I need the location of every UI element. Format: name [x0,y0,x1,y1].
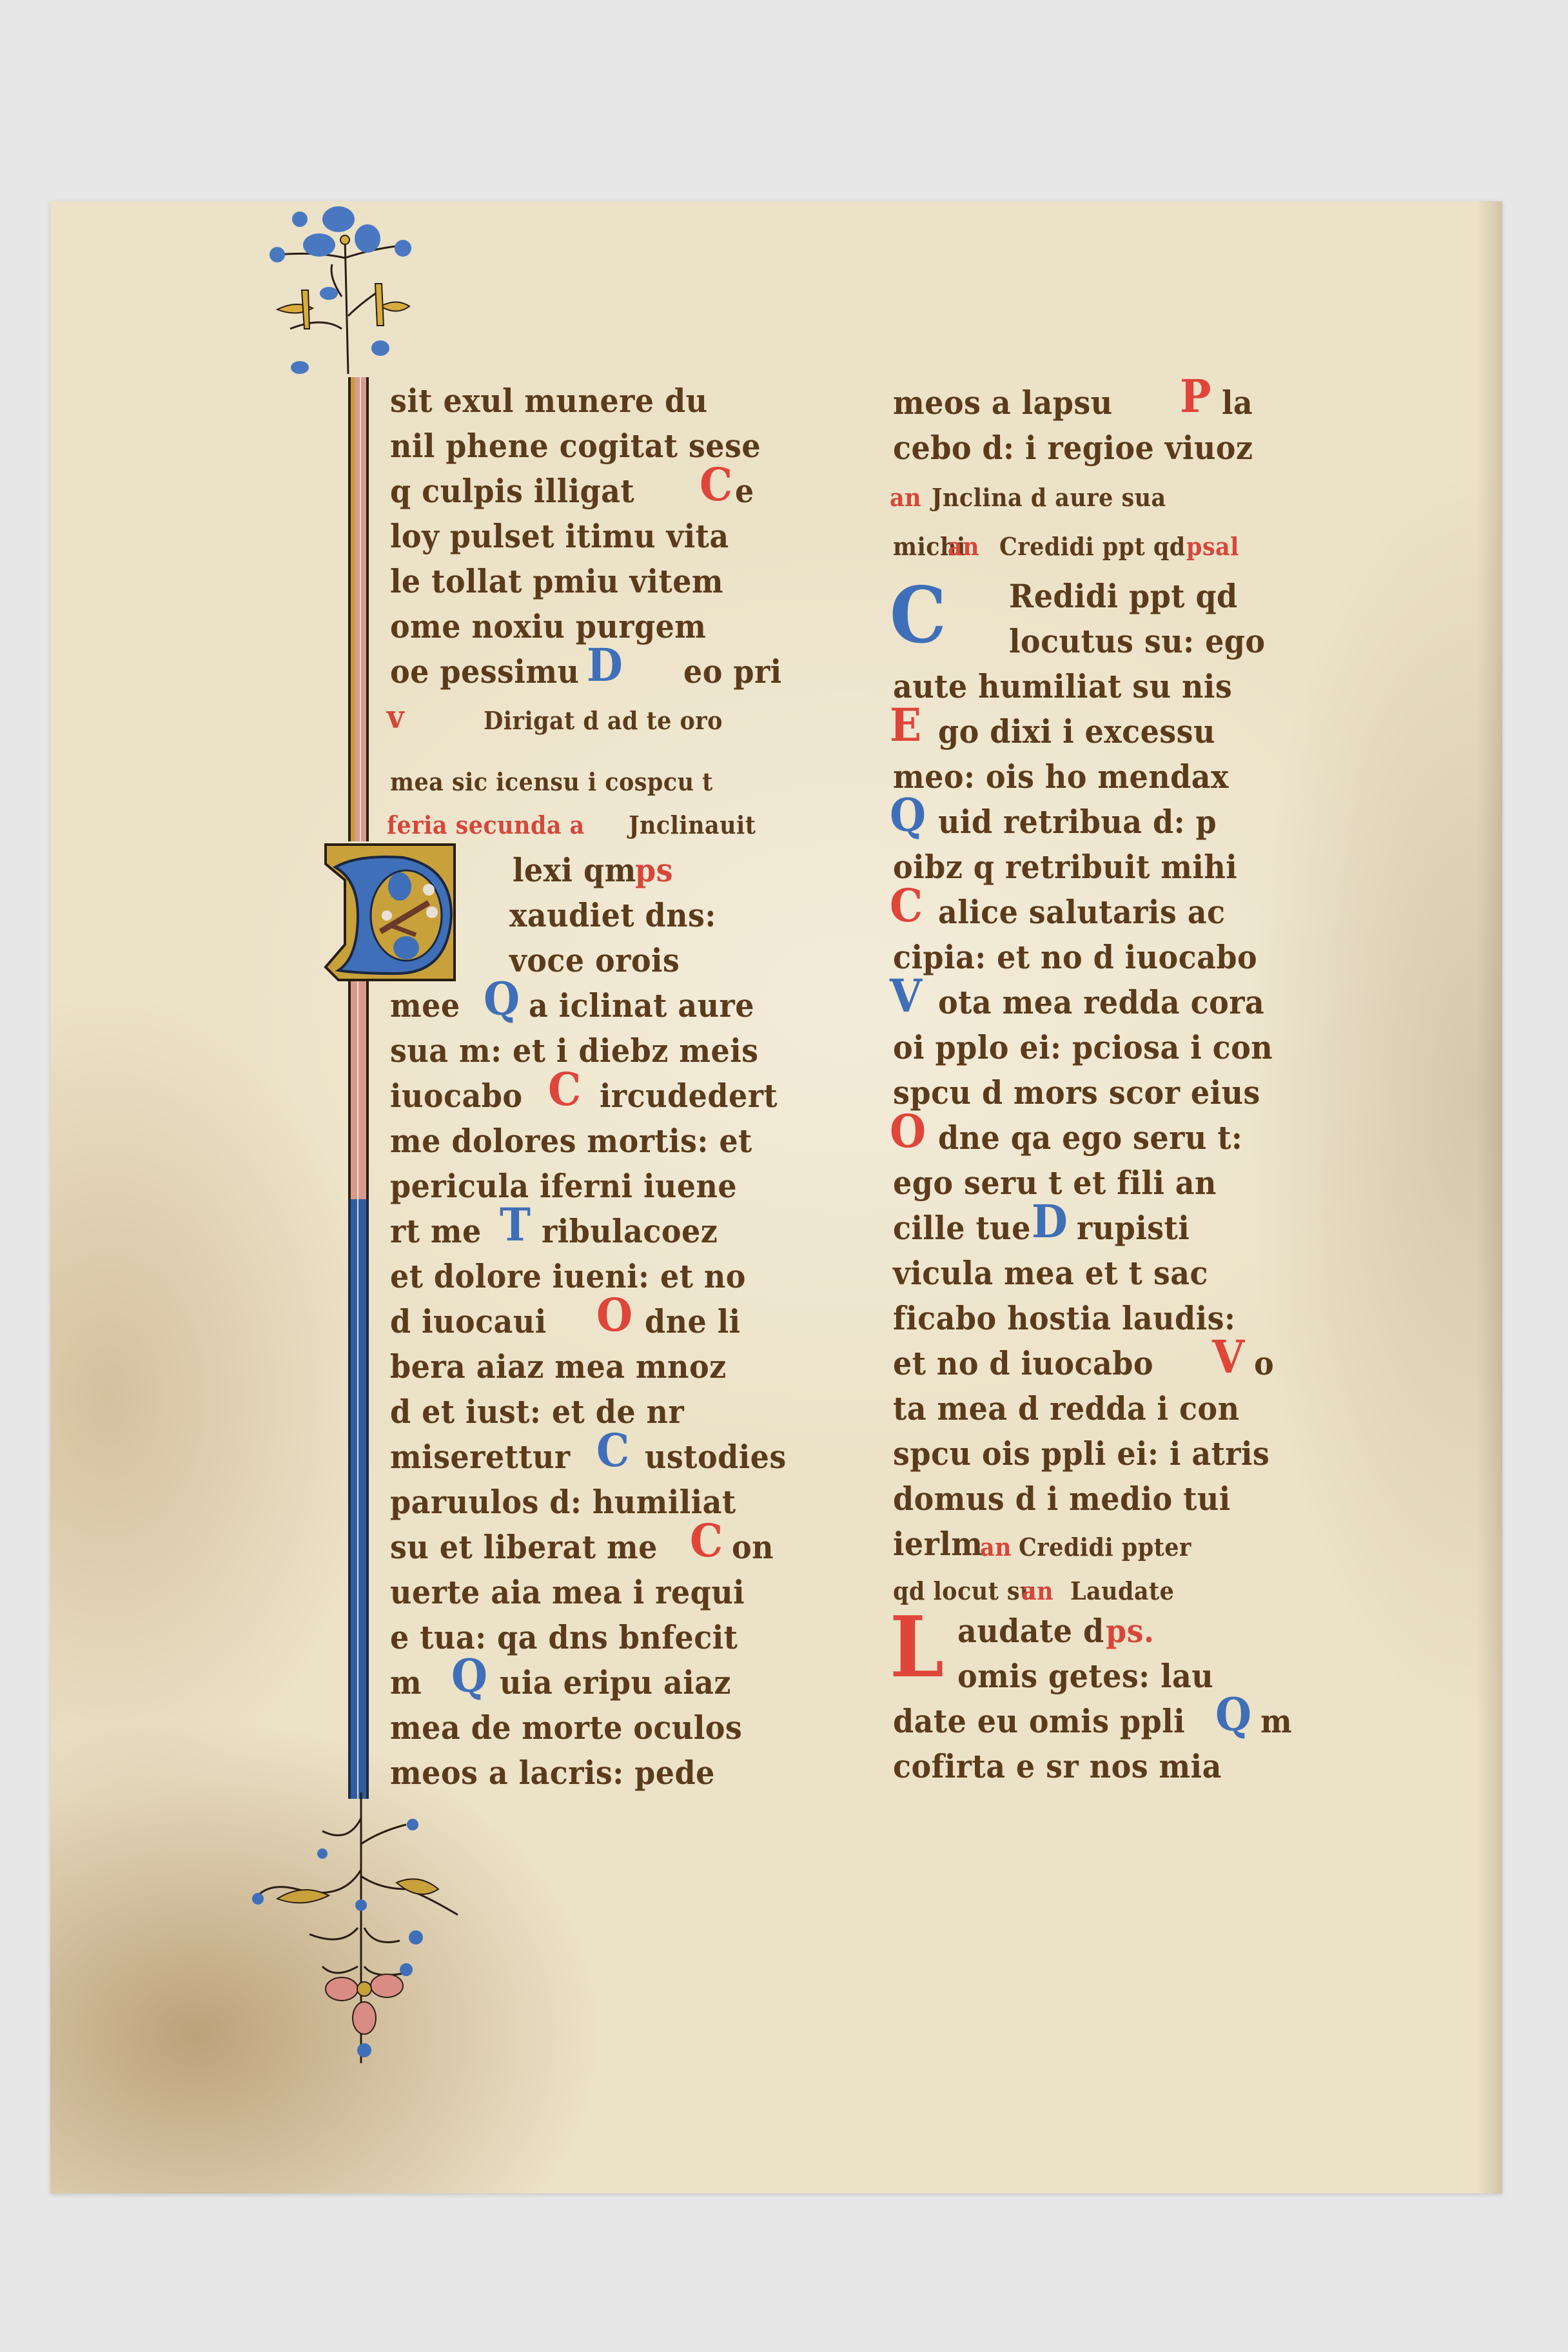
text-line: mea sic icensu i cospcu t [390,763,713,801]
text-line: d et iust: et de nr [390,1393,684,1431]
rubric-antiphon: an [890,478,921,517]
text-line: oi pplo ei: pciosa i con [893,1028,1273,1067]
blue-initial: C [890,571,946,661]
blue-initial: Q [1215,1696,1252,1734]
text-line: omis getes: lau [957,1657,1213,1696]
text-line: mea de morte oculos [390,1709,742,1747]
text-line: alice salutaris ac [938,893,1225,932]
text-line: Jnclina d aure sua [932,478,1166,517]
text-line: cofirta e sr nos mia [893,1747,1222,1786]
blue-initial: C [596,1431,630,1470]
text-line: dne qa ego seru t: [938,1119,1242,1157]
blue-initial: Q [451,1657,488,1696]
rubric-psalm: psal [1186,527,1239,566]
text-line: ierlm [893,1525,983,1563]
text-line: audate d [957,1612,1104,1651]
rubric-antiphon: an [980,1528,1012,1567]
text-line: o [1254,1344,1274,1383]
text-line: rt me [390,1212,482,1251]
text-line: m [390,1663,422,1702]
text-line: sit exul munere du [390,382,708,420]
text-line: dne li [645,1302,741,1341]
bottom-floral-spray-icon [232,1792,503,2076]
text-line: mee [390,986,460,1025]
border-bar-upper [348,377,369,841]
text-line: Dirigat d ad te oro [484,701,723,740]
text-line: aute humiliat su nis [893,667,1232,706]
text-line: ota mea redda cora [938,983,1264,1022]
border-bar-middle [348,974,369,1219]
rubric-antiphon: an [1022,1572,1053,1611]
text-line: Laudate [1070,1572,1174,1611]
text-line: Credidi ppt qd [999,527,1186,566]
text-line: cipia: et no d iuocabo [893,938,1257,977]
text-line: go dixi i excessu [938,712,1215,751]
red-initial: C [890,887,923,925]
text-line: bera aiaz mea mnoz [390,1347,727,1386]
text-line: me dolores mortis: et [390,1122,752,1161]
text-line: e [735,472,754,511]
blue-initial: T [500,1206,531,1244]
text-line: d iuocaui [390,1302,547,1341]
text-line: locutus su: ego [1009,622,1266,661]
text-line: vicula mea et t sac [893,1254,1208,1293]
text-line: pericula iferni iuene [390,1167,737,1206]
rubric-versicle: v [387,698,404,736]
red-initial: C [690,1522,723,1560]
text-line: su et liberat me [390,1528,658,1567]
text-line: uerte aia mea i requi [390,1573,745,1612]
text-line: spcu ois ppli ei: i atris [893,1435,1269,1473]
red-initial: L [890,1599,945,1696]
text-line: q culpis illigat [390,472,634,511]
text-line: cille tue [893,1209,1031,1248]
text-line: date eu omis ppli [893,1702,1185,1741]
rubric-antiphon: an [948,527,979,566]
rubric-feria-secunda: feria secunda a [387,806,585,845]
red-initial: C [548,1070,582,1109]
red-initial: O [596,1296,633,1335]
text-line: Jnclinauit [629,806,756,845]
leaf-edge-staining [1476,201,1502,2193]
red-initial: V [1212,1338,1244,1377]
text-line: Credidi ppter [1019,1528,1191,1567]
text-line: domus d i medio tui [893,1480,1231,1518]
text-line: uia eripu aiaz [500,1663,731,1702]
text-line: oibz q retribuit mihi [893,848,1237,887]
red-initial: O [890,1112,926,1151]
text-line: ustodies [645,1438,787,1476]
text-line: a iclinat aure [529,986,754,1025]
text-line: iuocabo [390,1077,522,1115]
border-bar-lower [348,1199,369,1799]
text-line: spcu d mors scor eius [893,1073,1260,1112]
text-line: xaudiet dns: [509,896,716,935]
text-line: eo pri [683,652,782,691]
text-line: m [1260,1702,1292,1741]
text-line: loy pulset itimu vita [390,517,729,556]
text-line: et dolore iueni: et no [390,1257,746,1296]
text-line: oe pessimu [390,652,579,691]
text-line: ribulacoez [542,1212,718,1251]
text-line: la [1222,384,1253,422]
red-initial: C [700,465,733,504]
text-line: cebo d: i regioe viuoz [893,429,1253,467]
text-line: e tua: qa dns bnfecit [390,1618,738,1657]
text-line: paruulos d: humiliat [390,1483,736,1522]
text-line: meos a lapsu [893,384,1113,422]
top-floral-spray-icon [251,200,432,380]
text-line: miserettur [390,1438,571,1476]
rubric-psalm: ps. [1106,1612,1154,1651]
text-line: rupisti [1077,1209,1190,1248]
text-line: ircudedert [600,1077,778,1115]
blue-initial: D [587,646,623,685]
blue-initial: V [890,977,922,1015]
historiated-initial-d-icon [319,841,458,986]
text-line: Redidi ppt qd [1009,577,1238,616]
red-initial: P [1180,377,1211,416]
text-line: lexi qm [513,851,636,890]
blue-initial: Q [890,796,926,835]
rubric-psalm: ps [635,851,673,890]
text-line: ta mea d redda i con [893,1389,1239,1428]
text-line: et no d iuocabo [893,1344,1153,1383]
text-line: ficabo hostia laudis: [893,1299,1235,1338]
text-line: uid retribua d: p [938,803,1217,841]
blue-initial: Q [484,980,520,1019]
text-line: meo: ois ho mendax [893,758,1229,796]
text-line: ome noxiu purgem [390,607,706,646]
text-line: on [732,1528,774,1567]
text-line: voce orois [509,941,680,980]
text-line: le tollat pmiu vitem [390,562,723,601]
red-initial: E [890,706,922,745]
blue-initial: D [1032,1202,1068,1241]
text-line: meos a lacris: pede [390,1754,715,1792]
